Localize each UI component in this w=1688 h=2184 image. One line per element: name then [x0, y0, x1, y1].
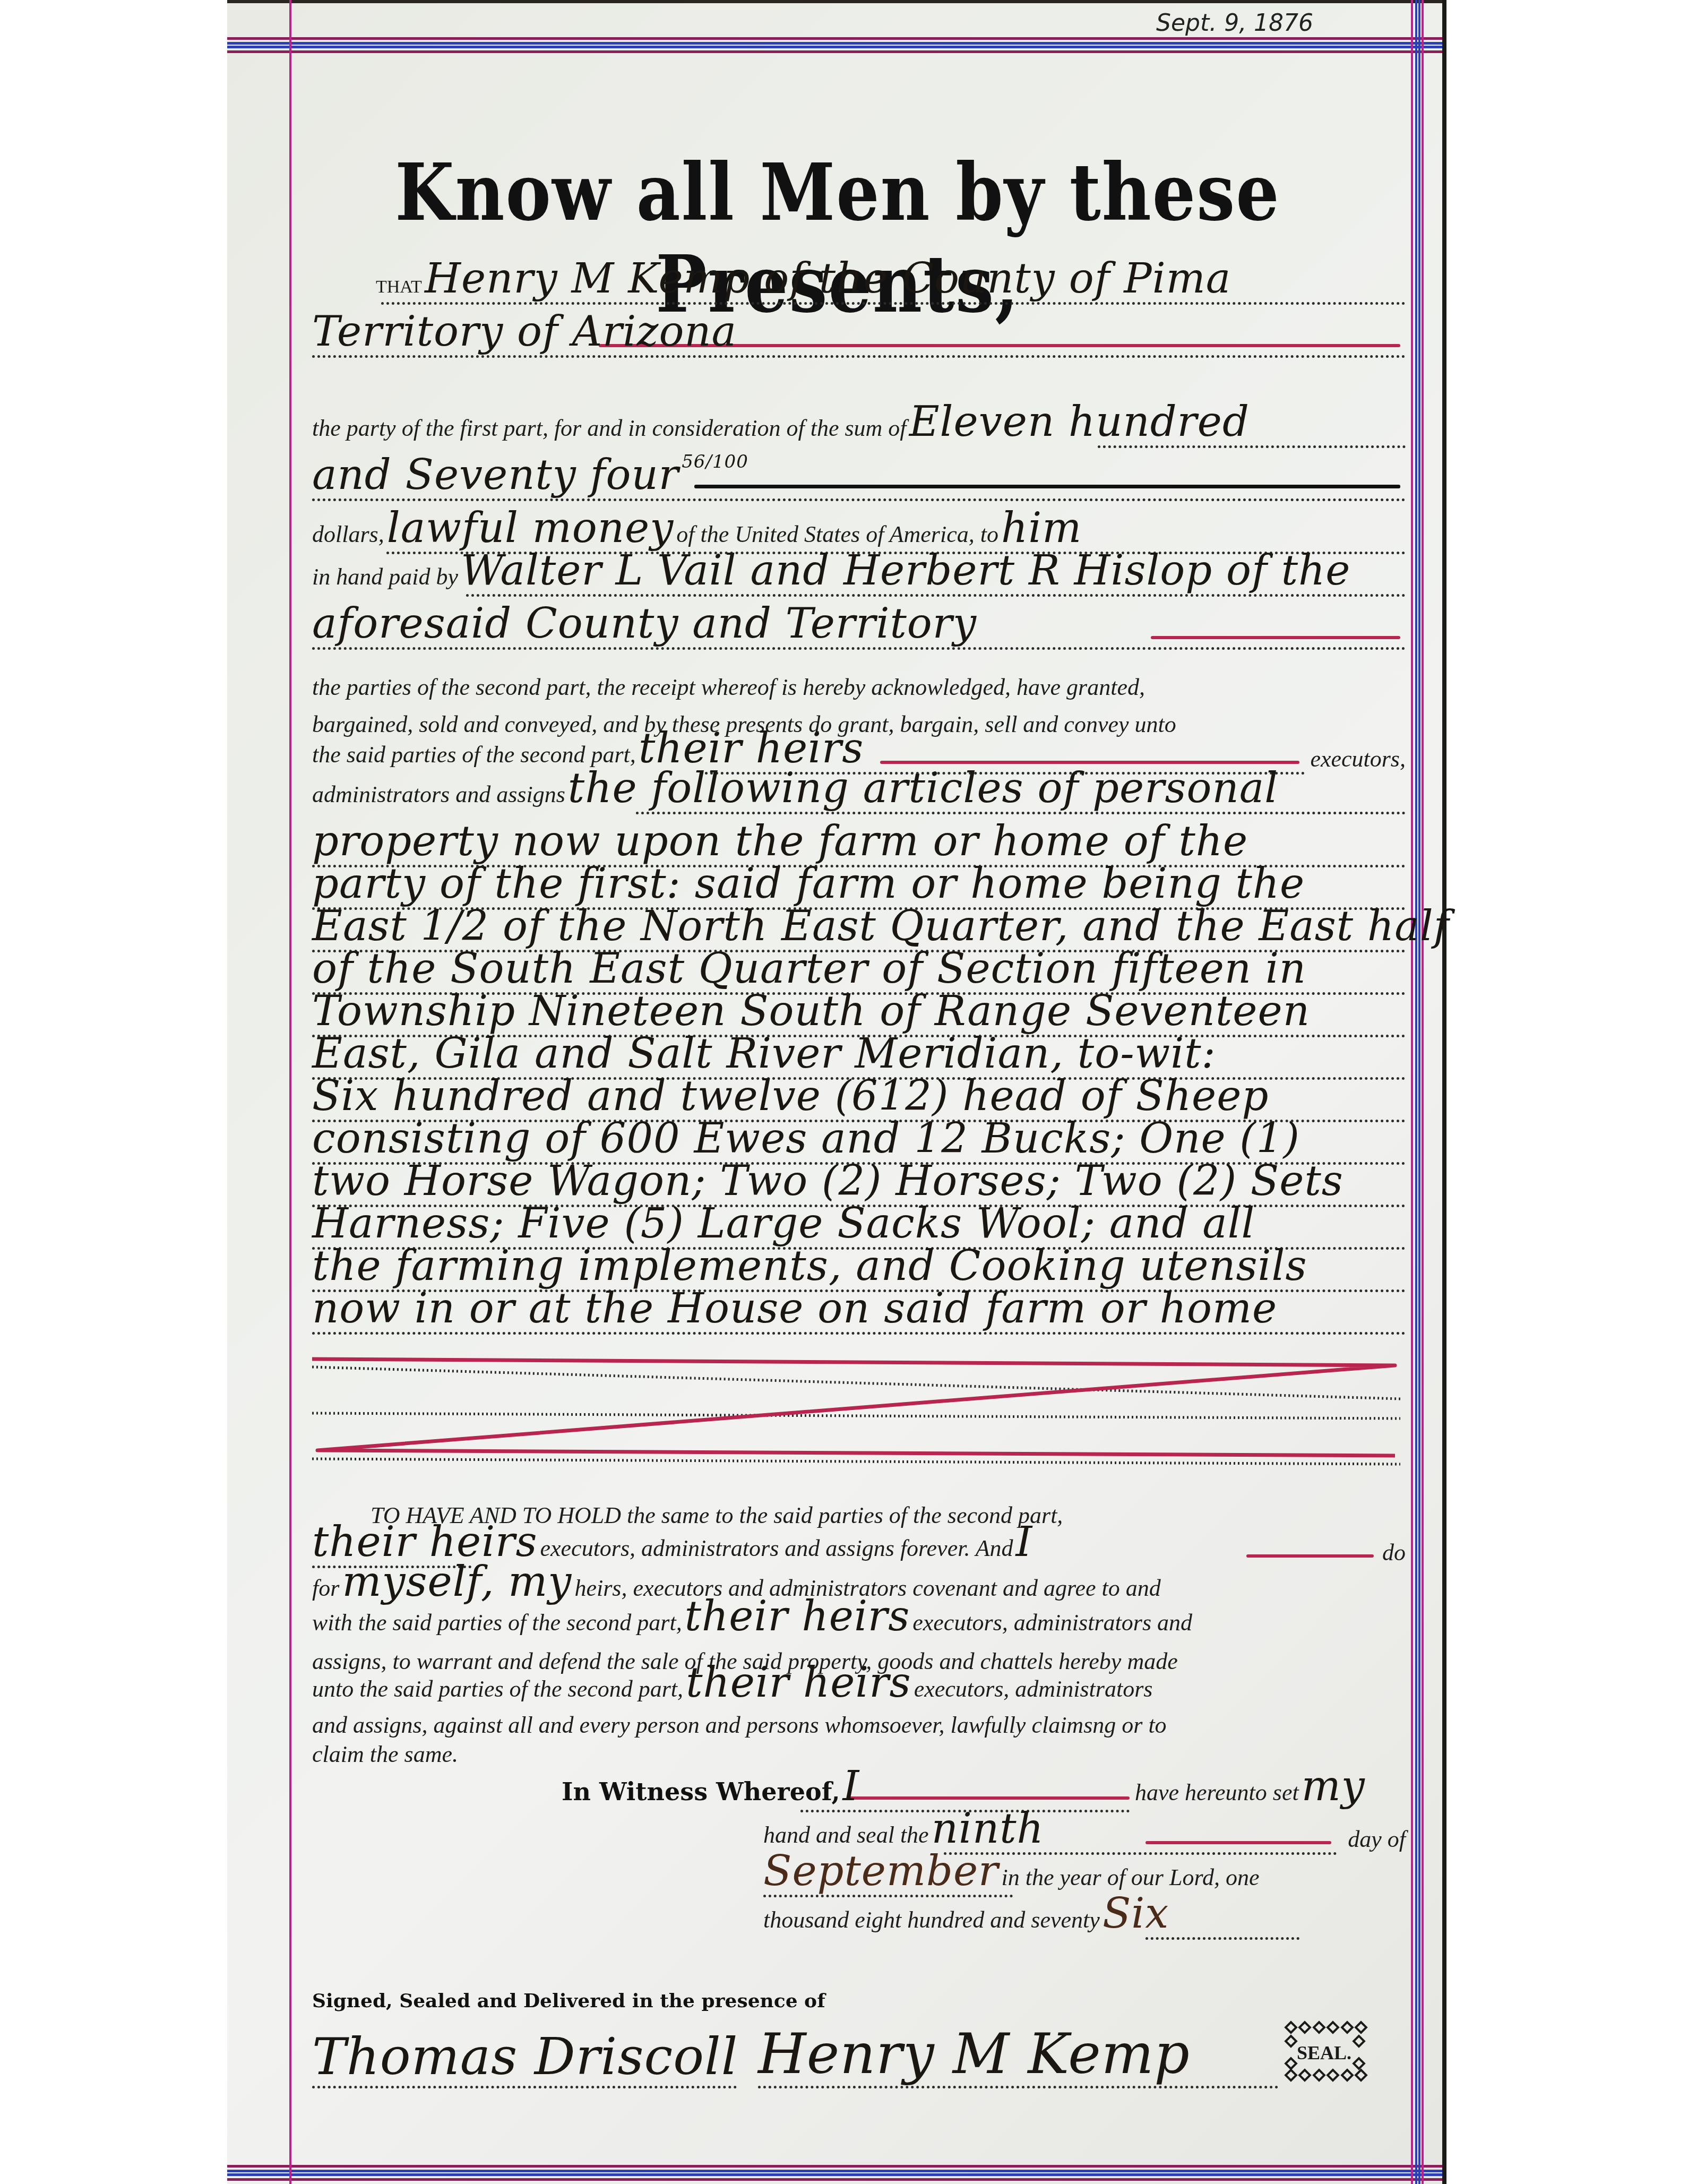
in-witness-whereof: In Witness Whereof,	[562, 1777, 840, 1806]
consideration-line-1: the party of the first part, for and in …	[312, 409, 1406, 451]
grantees-location-hand: aforesaid County and Territory	[312, 600, 977, 648]
property-text: party of the first: said farm or home be…	[312, 860, 1305, 908]
grant-line-4: administrators and assigns the following…	[312, 775, 1406, 818]
page-top-edge	[227, 0, 1442, 3]
articles-hand: the following articles of personal	[568, 764, 1278, 812]
property-text: two Horse Wagon; Two (2) Horses; Two (2)…	[312, 1157, 1343, 1205]
habendum-text-6a: unto the said parties of the second part…	[312, 1676, 683, 1702]
hand-and-seal-text: hand and seal the	[763, 1822, 929, 1848]
lawful-money-hand: lawful money	[387, 504, 674, 552]
grantor-signature-line: Henry M Kemp	[758, 2033, 1278, 2092]
seal-border-left	[1286, 2036, 1298, 2068]
habendum-text-4a: with the said parties of the second part…	[312, 1610, 682, 1636]
property-text: Township Nineteen South of Range Sevente…	[312, 987, 1310, 1035]
property-text: Harness; Five (5) Large Sacks Wool; and …	[312, 1200, 1255, 1248]
grantor-signature: Henry M Kemp	[758, 2022, 1190, 2086]
consideration-line-4: in hand paid by Walter L Vail and Herber…	[312, 557, 1406, 600]
grant-text-1: the parties of the second part, the rece…	[312, 674, 1145, 701]
consideration-line-2: and Seventy four 56/100	[312, 462, 1406, 504]
habendum-text-8: claim the same.	[312, 1741, 458, 1768]
grant-text-3a: the said parties of the second part,	[312, 742, 636, 768]
him-hand: him	[1001, 504, 1082, 552]
habendum-text-4b: executors, administrators and	[912, 1610, 1192, 1636]
witness-line-4: thousand eight hundred and seventy Six	[763, 1901, 1406, 1943]
grantor-territory-hand: Territory of Arizona	[312, 308, 737, 356]
year-hand: Six	[1103, 1890, 1169, 1938]
seal-border-top	[1286, 2023, 1366, 2034]
top-ruled-band	[227, 37, 1442, 54]
bottom-ruled-band	[227, 2165, 1442, 2182]
witness-signature: Thomas Driscoll	[312, 2027, 738, 2086]
property-text: the farming implements, and Cooking uten…	[312, 1242, 1307, 1290]
day-hand: ninth	[932, 1805, 1044, 1853]
witness-signature-line: Thomas Driscoll	[312, 2033, 737, 2092]
right-ruled-border	[1411, 0, 1424, 2184]
witness-pronoun-hand: I	[843, 1762, 860, 1810]
seal-border-right	[1354, 2036, 1366, 2068]
habendum-text-2: executors, administrators and assigns fo…	[540, 1535, 1013, 1561]
archival-date-note: Sept. 9, 1876	[1156, 10, 1313, 37]
property-text: consisting of 600 Ewes and 12 Bucks; One…	[312, 1115, 1300, 1163]
property-text: East, Gila and Salt River Meridian, to-w…	[312, 1030, 1216, 1078]
consideration-text: the party of the first part, for and in …	[312, 415, 907, 441]
property-line: now in or at the House on said farm or h…	[312, 1295, 1406, 1338]
presence-line: Signed, Sealed and Delivered in the pres…	[312, 1975, 1406, 2017]
habendum-text-6b: executors, administrators	[914, 1676, 1153, 1702]
sum-hand: Eleven hundred	[909, 398, 1250, 446]
sum-hand-cont: and Seventy four	[312, 451, 679, 499]
deed-page: Sept. 9, 1876 Know all Men by these Pres…	[227, 0, 1446, 2184]
their-heirs-hand: their heirs	[686, 1659, 911, 1707]
property-text: of the South East Quarter of Section fif…	[312, 945, 1306, 993]
signed-sealed-delivered-label: Signed, Sealed and Delivered in the pres…	[312, 1990, 825, 2012]
grantor-line-1: THAT Henry M Kemp of the County of Pima	[312, 265, 1406, 308]
hereunto-text: have hereunto set	[1135, 1779, 1299, 1805]
paid-by-label: in hand paid by	[312, 564, 458, 590]
do-label: do	[1382, 1539, 1406, 1566]
property-text: property now upon the farm or home of th…	[312, 818, 1248, 865]
blank-lines-strikethrough	[312, 1338, 1406, 1502]
united-states-text: of the United States of America, to	[676, 521, 998, 547]
grantor-line-2: Territory of Arizona	[312, 319, 1406, 361]
my-hand: my	[1302, 1762, 1365, 1810]
grantees-hand: Walter L Vail and Herbert R Hislop of th…	[461, 547, 1350, 595]
month-hand: September	[763, 1847, 998, 1895]
day-of-label: day of	[1348, 1826, 1406, 1853]
property-text: now in or at the House on said farm or h…	[312, 1285, 1277, 1332]
grant-line-1: the parties of the second part, the rece…	[312, 664, 1406, 706]
consideration-line-5: aforesaid County and Territory	[312, 611, 1406, 653]
their-heirs-hand: their heirs	[685, 1593, 910, 1640]
seal-box: SEAL.	[1286, 2023, 1366, 2081]
thousand-eight-hundred-text: thousand eight hundred and seventy	[763, 1907, 1100, 1933]
that-label: THAT	[376, 277, 422, 297]
property-text: Six hundred and twelve (612) head of She…	[312, 1072, 1269, 1120]
dollars-label: dollars,	[312, 521, 384, 547]
cents-fraction: 56/100	[682, 451, 748, 472]
left-margin-rule	[289, 0, 291, 2184]
seal-label: SEAL.	[1297, 2042, 1351, 2064]
property-text: East 1/2 of the North East Quarter, and …	[312, 902, 1450, 950]
assigns-label: administrators and assigns	[312, 781, 565, 807]
executors-label: executors,	[1310, 745, 1406, 772]
grantor-name-hand: Henry M Kemp of the County of Pima	[425, 255, 1231, 303]
seal-border-bottom	[1286, 2070, 1366, 2082]
year-of-lord-text: in the year of our Lord, one	[1001, 1864, 1259, 1890]
